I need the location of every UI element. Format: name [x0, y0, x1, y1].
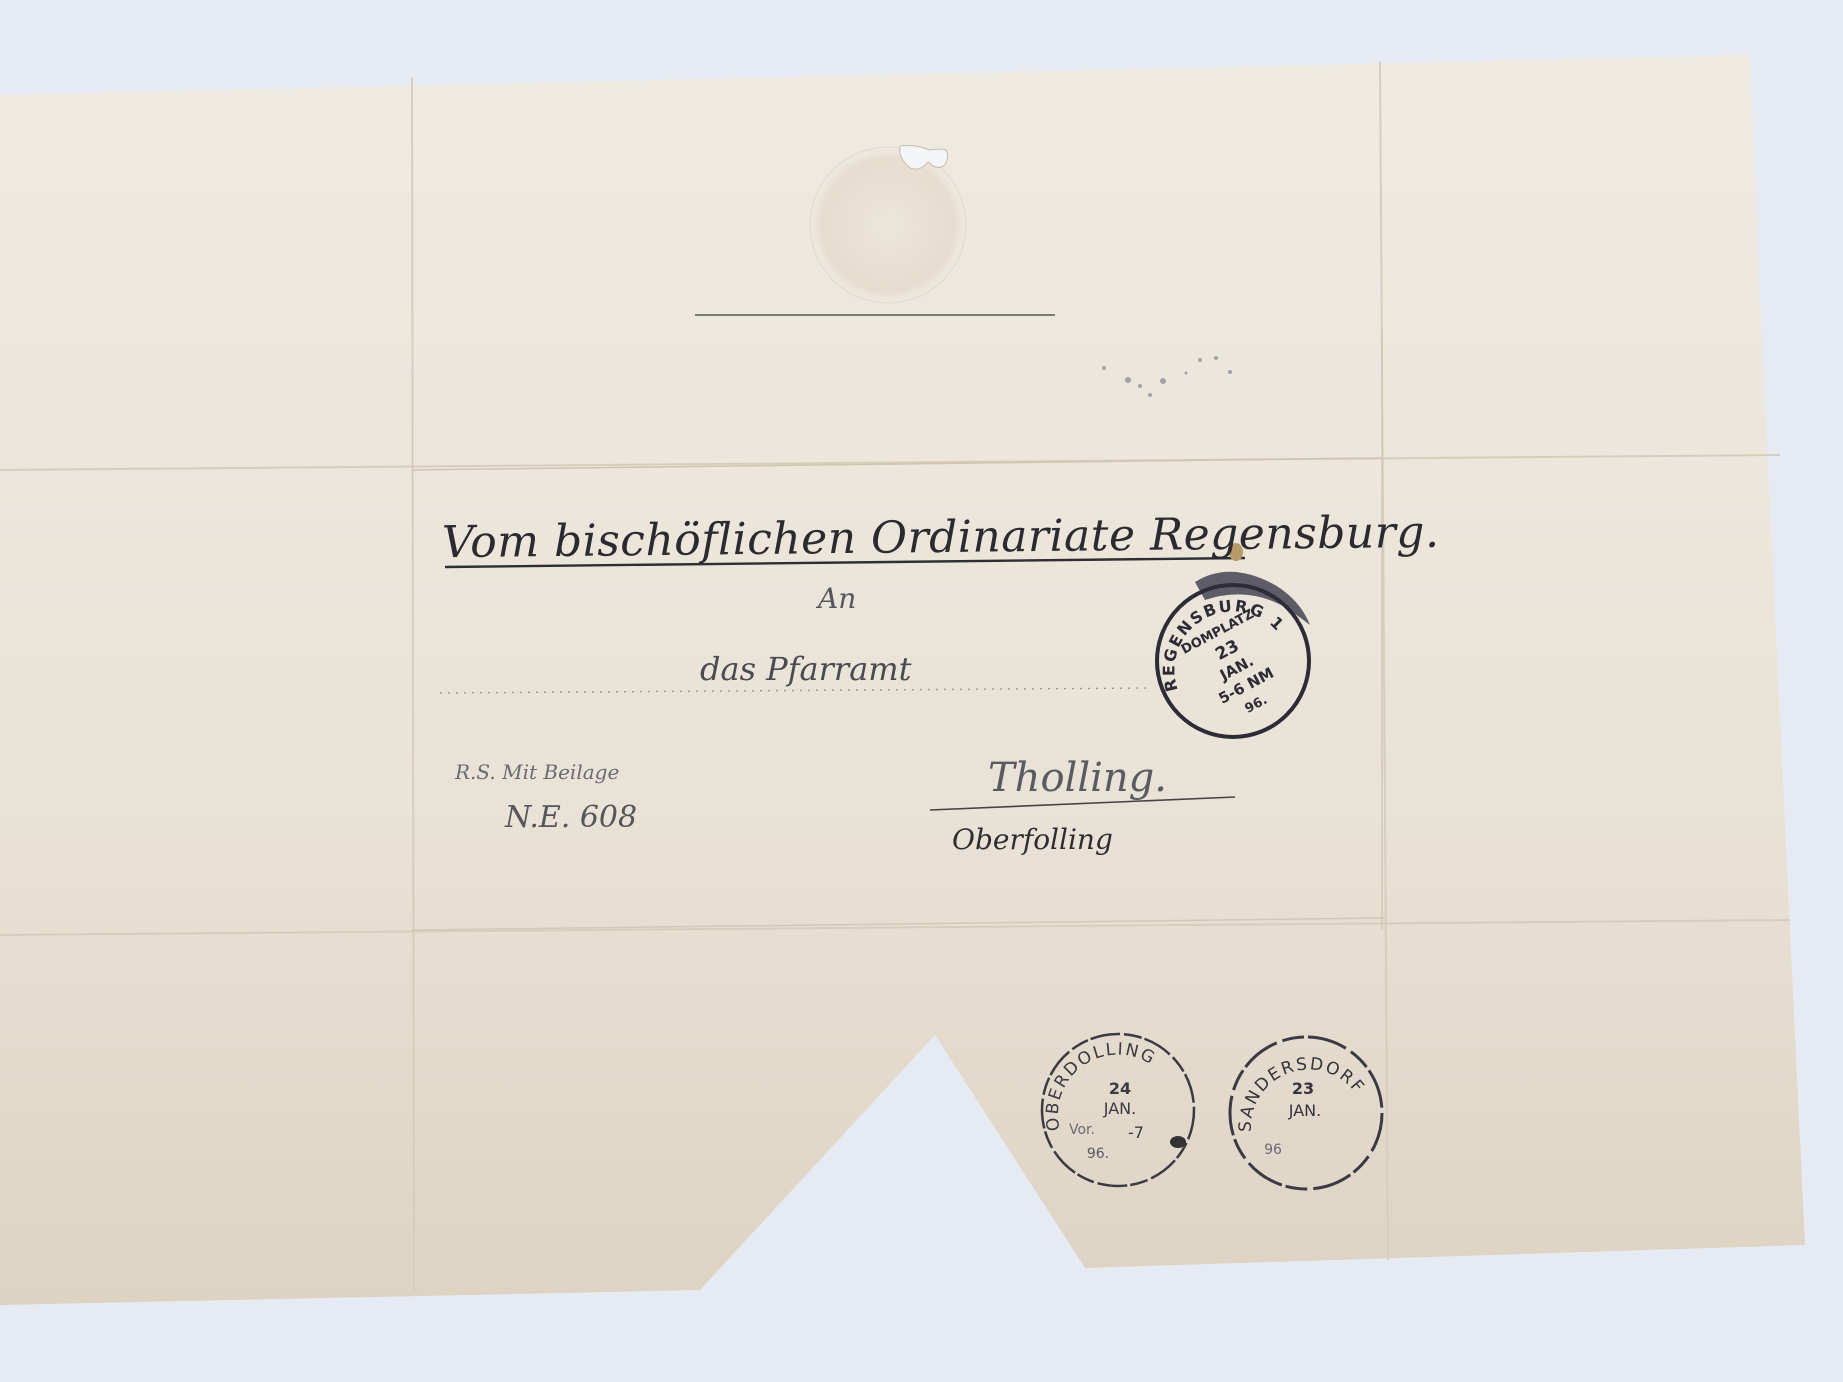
svg-text:Vor.: Vor.: [1069, 1122, 1095, 1138]
postmark-oberdolling: OBERDOLLING 24 JAN. Vor. -7 96.: [1038, 1030, 1198, 1190]
postmark-regensburg: REGENSBURG 1 DOMPLATZ 23 JAN. 5-6 NM 96.: [1152, 580, 1314, 742]
destination-note: Oberfolling: [952, 823, 1113, 856]
printed-header: Vom bischöflichen Ordinariate Regensburg…: [442, 507, 1440, 568]
svg-text:24: 24: [1109, 1079, 1131, 1098]
destination: Tholling.: [988, 755, 1167, 801]
recipient: das Pfarramt: [700, 650, 911, 688]
svg-text:JAN.: JAN.: [1288, 1101, 1321, 1120]
svg-text:OBERDOLLING: OBERDOLLING: [1043, 1039, 1160, 1132]
seal-tear: [900, 146, 948, 170]
svg-text:96.: 96.: [1087, 1146, 1109, 1162]
svg-text:23: 23: [1292, 1079, 1314, 1098]
reference-line: R.S. Mit Beilage: [455, 760, 619, 784]
seal-impression: [810, 147, 966, 303]
svg-text:96.: 96.: [1243, 693, 1270, 717]
svg-text:JAN.: JAN.: [1103, 1099, 1136, 1118]
paper-sheet: [0, 0, 1843, 1382]
salutation: An: [818, 582, 856, 615]
svg-text:96: 96: [1264, 1142, 1282, 1158]
postmark-sandersdorf: SANDERSDORF 23 JAN. 96: [1225, 1032, 1387, 1194]
svg-text:-7: -7: [1128, 1123, 1144, 1142]
reference-number: N.E. 608: [505, 800, 637, 835]
